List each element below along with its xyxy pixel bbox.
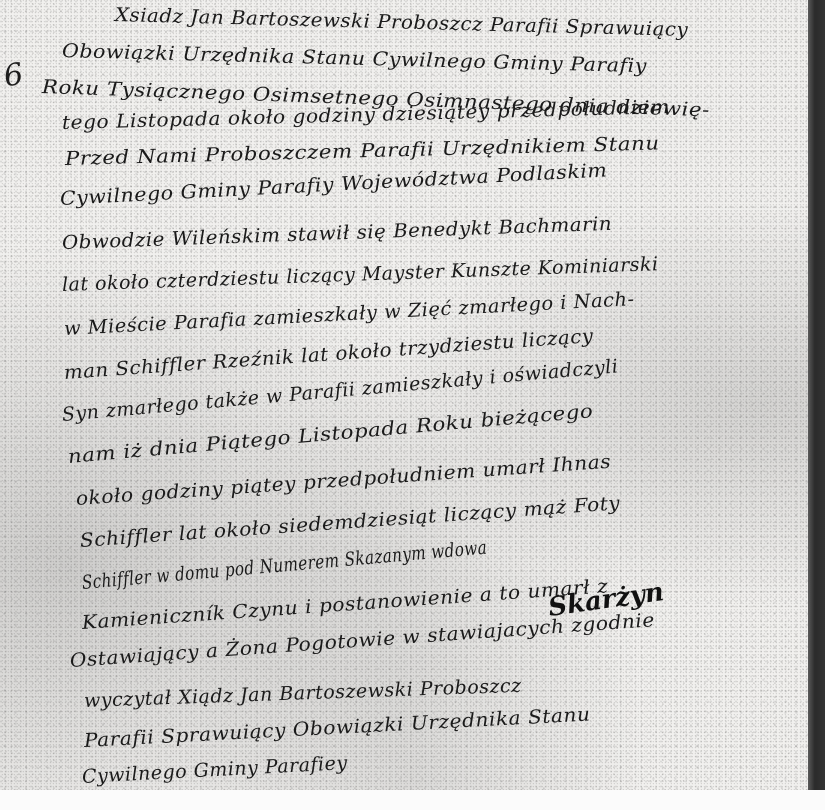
handwritten-line: lat około czterdziestu liczący Mayster K… — [62, 253, 659, 296]
scanned-document-page: 6 Xsiadz Jan Bartoszewski Proboszcz Para… — [0, 0, 825, 810]
scan-border-right — [808, 0, 825, 790]
handwritten-line: Obowiązki Urzędnika Stanu Cywilnego Gmin… — [62, 40, 648, 77]
handwritten-line: Xsiadz Jan Bartoszewski Proboszcz Parafi… — [115, 4, 689, 41]
margin-entry-number: 6 — [1, 57, 26, 95]
handwritten-line: wyczytał Xiądz Jan Bartoszewski Proboszc… — [84, 675, 522, 712]
handwritten-line: Parafii Sprawuiący Obowiązki Urzędnika S… — [83, 703, 591, 752]
scan-border-bottom — [0, 790, 825, 810]
handwritten-line: Obwodzie Wileńskim stawił się Benedykt B… — [62, 213, 613, 254]
handwritten-line: Cywilnego Gminy Parafiey — [81, 752, 348, 788]
